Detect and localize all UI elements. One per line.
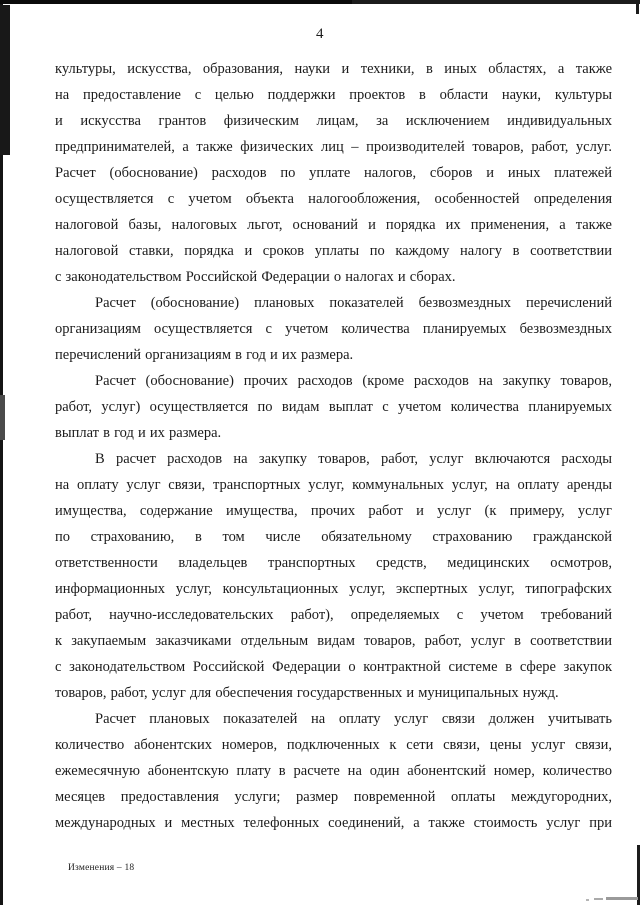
text-line-p1-7: налоговой базы, налоговых льгот, основан… bbox=[55, 212, 612, 238]
text-body: культуры, искусства, образования, науки … bbox=[55, 56, 612, 836]
scan-artifact-top-edge bbox=[0, 0, 640, 4]
text-line-p1-6: осуществляется с учетом объекта налогооб… bbox=[55, 186, 612, 212]
text-line-p5-3: ежемесячную абонентскую плату в расчете … bbox=[55, 758, 612, 784]
text-line-p4-2: на оплату услуг связи, транспортных услу… bbox=[55, 472, 612, 498]
text-line-p4-3: имущества, содержание имущества, прочих … bbox=[55, 498, 612, 524]
page-number: 4 bbox=[0, 26, 640, 43]
text-line-p5-5: международных и местных телефонных соеди… bbox=[55, 810, 612, 836]
text-line-p4-5: ответственности владельцев транспортных … bbox=[55, 550, 612, 576]
footer-note: Изменения – 18 bbox=[68, 863, 134, 873]
scan-artifact-left-edge-mid bbox=[0, 395, 5, 440]
text-line-p2-1: Расчет (обоснование) плановых показателе… bbox=[55, 290, 612, 316]
text-line-p1-4: предпринимателей, а также физических лиц… bbox=[55, 134, 612, 160]
text-line-p1-5: Расчет (обоснование) расходов по уплате … bbox=[55, 160, 612, 186]
text-line-p3-1: Расчет (обоснование) прочих расходов (кр… bbox=[55, 368, 612, 394]
text-line-p4-6: информационных услуг, консультационных у… bbox=[55, 576, 612, 602]
document-page: 4 культуры, искусства, образования, наук… bbox=[0, 0, 640, 905]
text-line-p1-9: с законодательством Российской Федерации… bbox=[55, 264, 612, 290]
text-line-p1-3: и искусства грантов физическим лицам, за… bbox=[55, 108, 612, 134]
text-line-p4-10: товаров, работ, услуг для обеспечения го… bbox=[55, 680, 612, 706]
text-line-p3-3: выплат в год и их размера. bbox=[55, 420, 612, 446]
text-line-p4-8: к закупаемым заказчиками отдельным видам… bbox=[55, 628, 612, 654]
scan-artifact-right-edge-top bbox=[636, 0, 639, 14]
text-line-p4-4: по страхованию, в том числе обязательном… bbox=[55, 524, 612, 550]
text-line-p5-2: количество абонентских номеров, подключе… bbox=[55, 732, 612, 758]
text-line-p5-4: месяцев предоставления услуги; размер по… bbox=[55, 784, 612, 810]
text-line-p4-1: В расчет расходов на закупку товаров, ра… bbox=[55, 446, 612, 472]
text-line-p2-2: организациям осуществляется с учетом кол… bbox=[55, 316, 612, 342]
text-line-p5-1: Расчет плановых показателей на оплату ус… bbox=[55, 706, 612, 732]
text-line-p3-2: работ, услуг) осуществляется по видам вы… bbox=[55, 394, 612, 420]
scan-artifact-bottom-dash-small bbox=[594, 898, 603, 900]
text-line-p4-9: с законодательством Российской Федерации… bbox=[55, 654, 612, 680]
scan-artifact-bottom-dash bbox=[606, 897, 638, 900]
text-line-p1-2: на предоставление с целью поддержки прое… bbox=[55, 82, 612, 108]
text-line-p4-7: работ, научно-исследовательских работ), … bbox=[55, 602, 612, 628]
text-line-p2-3: перечислений организациям в год и их раз… bbox=[55, 342, 612, 368]
text-line-p1-1: культуры, искусства, образования, науки … bbox=[55, 56, 612, 82]
scan-artifact-bottom-dot bbox=[586, 899, 589, 901]
text-line-p1-8: налоговой ставки, порядка и сроков уплат… bbox=[55, 238, 612, 264]
